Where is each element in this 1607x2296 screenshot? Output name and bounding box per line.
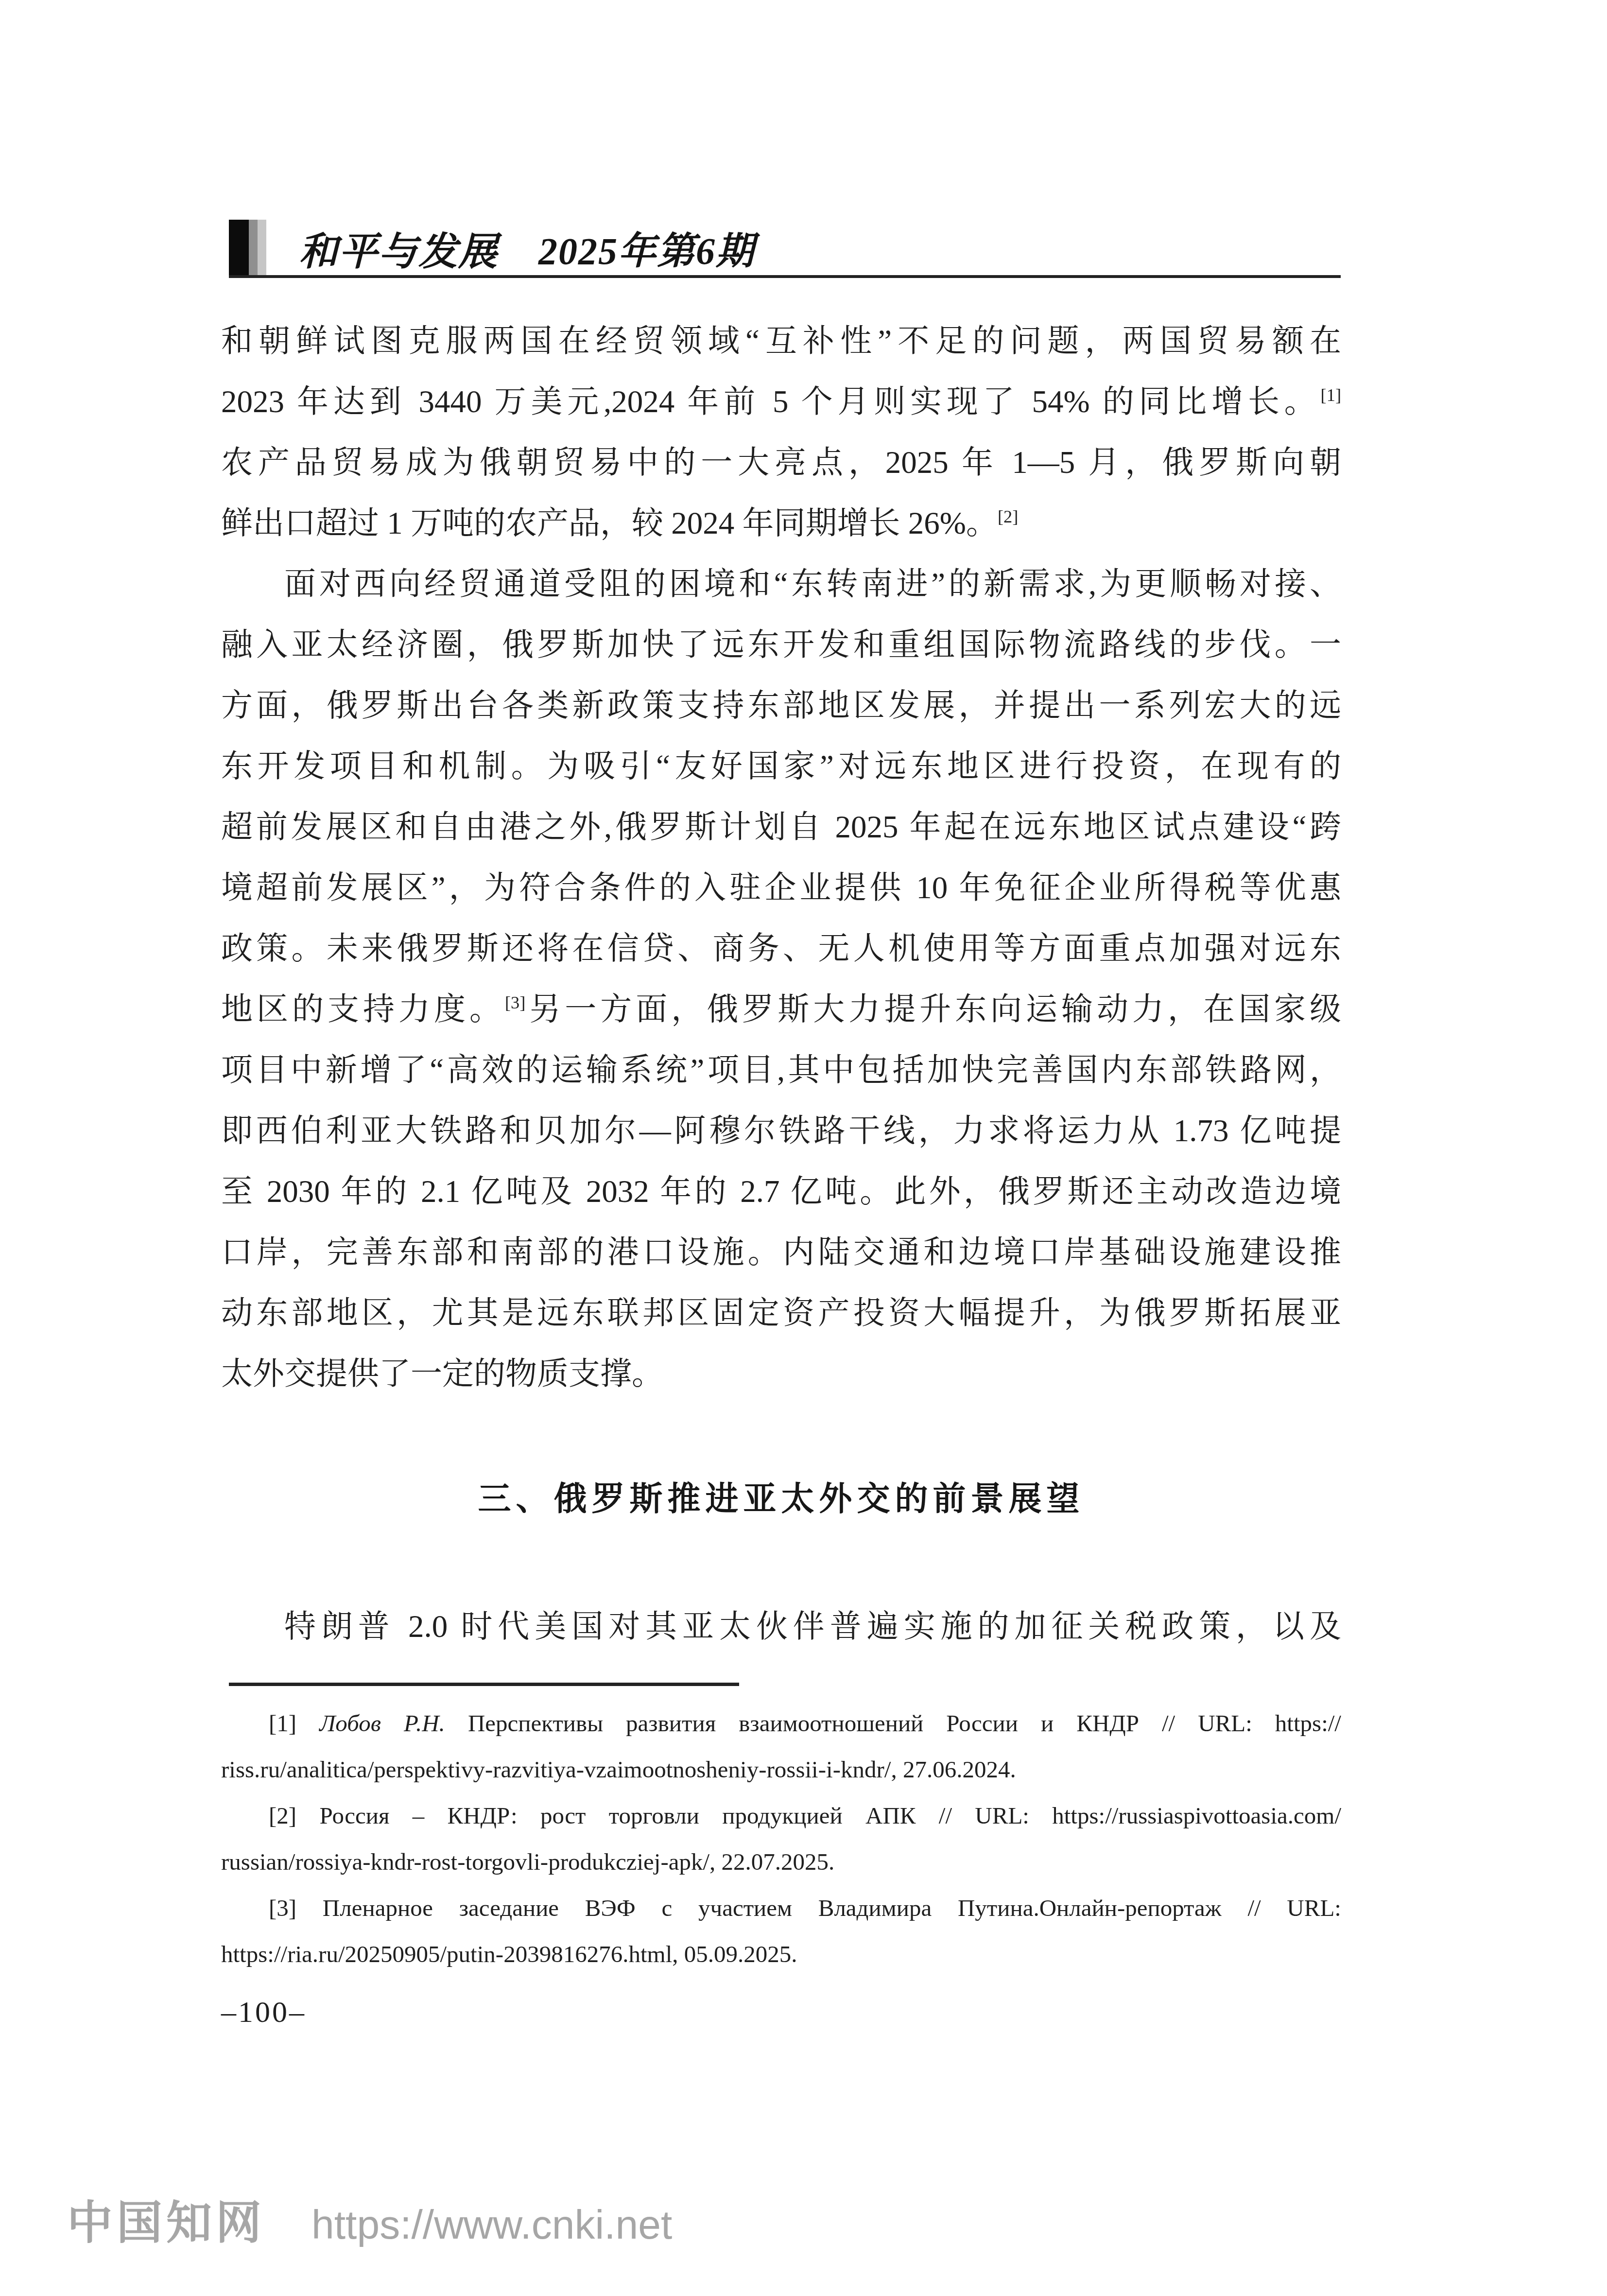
italic-text: Лобов Р.Н.	[319, 1710, 445, 1737]
text-run: 项目中新增了“高效的运输系统”项目,其中包括加快完善国内东部铁路网，	[221, 1053, 1341, 1088]
text-run: [1]	[269, 1710, 319, 1737]
text-run: 动东部地区，尤其是远东联邦区固定资产投资大幅提升，为俄罗斯拓展亚	[221, 1296, 1341, 1331]
text-run: https://ria.ru/20250905/putin-2039816276…	[221, 1941, 797, 1967]
text-line: 和朝鲜试图克服两国在经贸领域“互补性”不足的问题，两国贸易额在	[221, 311, 1341, 372]
brand-lightgray-bar	[258, 220, 266, 276]
text-run: 地区的支持力度。	[221, 992, 505, 1027]
text-run: 超前发展区和自由港之外,俄罗斯计划自 2025 年起在远东地区试点建设“跨	[221, 810, 1341, 845]
text-run: 面对西向经贸通道受阻的困境和“东转南进”的新需求,为更顺畅对接、	[284, 567, 1341, 602]
text-line: 即西伯利亚大铁路和贝加尔—阿穆尔铁路干线，力求将运力从 1.73 亿吨提	[221, 1101, 1341, 1162]
text-line: 动东部地区，尤其是远东联邦区固定资产投资大幅提升，为俄罗斯拓展亚	[221, 1283, 1341, 1344]
journal-issue: 2025年第6期	[538, 220, 755, 276]
text-run: russian/rossiya-kndr-rost-torgovli-produ…	[221, 1848, 834, 1875]
text-line: [2] Россия – КНДР: рост торговли продукц…	[221, 1792, 1341, 1839]
text-line: riss.ru/analitica/perspektivy-razvitiya-…	[221, 1746, 1341, 1792]
article-paragraph: 特朗普 2.0 时代美国对其亚太伙伴普遍实施的加征关税政策，以及	[221, 1597, 1341, 1657]
text-line: 口岸，完善东部和南部的港口设施。内陆交通和边境口岸基础设施建设推	[221, 1222, 1341, 1283]
footnote-ref: [2]	[998, 507, 1018, 526]
text-run: 东开发项目和机制。为吸引“友好国家”对远东地区进行投资，在现有的	[221, 749, 1341, 784]
text-line: 方面，俄罗斯出台各类新政策支持东部地区发展，并提出一系列宏大的远	[221, 676, 1341, 736]
brand-black-bar	[229, 220, 249, 276]
watermark: 中国知网 https://www.cnki.net	[67, 2186, 672, 2252]
text-line: 鲜出口超过 1 万吨的农产品，较 2024 年同期增长 26%。[2]	[221, 493, 1341, 554]
text-line: 面对西向经贸通道受阻的困境和“东转南进”的新需求,为更顺畅对接、	[221, 554, 1341, 615]
text-run: 鲜出口超过 1 万吨的农产品，较 2024 年同期增长 26%。	[221, 506, 998, 541]
text-run: [3] Пленарное заседание ВЭФ с участием В…	[269, 1895, 1341, 1921]
text-run: 和朝鲜试图克服两国在经贸领域“互补性”不足的问题，两国贸易额在	[221, 324, 1341, 359]
text-run: 太外交提供了一定的物质支撑。	[221, 1357, 663, 1392]
text-line: 超前发展区和自由港之外,俄罗斯计划自 2025 年起在远东地区试点建设“跨	[221, 797, 1341, 858]
journal-page: 和平与发展 2025年第6期 和朝鲜试图克服两国在经贸领域“互补性”不足的问题，…	[0, 0, 1607, 2296]
footnote-ref: [1]	[1321, 385, 1341, 405]
footnotes: [1] Лобов Р.Н. Перспективы развития взаи…	[221, 1700, 1341, 1977]
footnote-ref: [3]	[505, 993, 525, 1012]
text-run: 方面，俄罗斯出台各类新政策支持东部地区发展，并提出一系列宏大的远	[221, 688, 1341, 723]
text-line: 地区的支持力度。[3]另一方面，俄罗斯大力提升东向运输动力，在国家级	[221, 979, 1341, 1040]
text-line: https://ria.ru/20250905/putin-2039816276…	[221, 1931, 1341, 1977]
text-run: 农产品贸易成为俄朝贸易中的一大亮点，2025 年 1—5 月，俄罗斯向朝	[221, 445, 1341, 480]
page-number: –100–	[221, 1995, 306, 2030]
brand-darkgray-bar	[249, 220, 258, 276]
text-run: 政策。未来俄罗斯还将在信贷、商务、无人机使用等方面重点加强对远东	[221, 931, 1341, 966]
text-line: 政策。未来俄罗斯还将在信贷、商务、无人机使用等方面重点加强对远东	[221, 919, 1341, 979]
section-heading: 三、俄罗斯推进亚太外交的前景展望	[221, 1473, 1341, 1520]
text-run: 境超前发展区”，为符合条件的入驻企业提供 10 年免征企业所得税等优惠	[221, 870, 1341, 905]
text-line: 太外交提供了一定的物质支撑。	[221, 1344, 1341, 1405]
text-line: 融入亚太经济圈，俄罗斯加快了远东开发和重组国际物流路线的步伐。一	[221, 615, 1341, 676]
article-body: 和朝鲜试图克服两国在经贸领域“互补性”不足的问题，两国贸易额在2023 年达到 …	[221, 311, 1341, 1405]
text-line: 农产品贸易成为俄朝贸易中的一大亮点，2025 年 1—5 月，俄罗斯向朝	[221, 433, 1341, 493]
journal-title: 和平与发展	[299, 220, 498, 276]
text-run: 口岸，完善东部和南部的港口设施。内陆交通和边境口岸基础设施建设推	[221, 1235, 1341, 1270]
text-line: [3] Пленарное заседание ВЭФ с участием В…	[221, 1885, 1341, 1931]
watermark-url: https://www.cnki.net	[311, 2201, 672, 2248]
header-rule	[229, 275, 1341, 278]
footnote-separator	[229, 1683, 739, 1686]
text-line: 东开发项目和机制。为吸引“友好国家”对远东地区进行投资，在现有的	[221, 736, 1341, 797]
text-run: Перспективы развития взаимоотношений Рос…	[445, 1710, 1341, 1737]
text-line: 特朗普 2.0 时代美国对其亚太伙伴普遍实施的加征关税政策，以及	[221, 1597, 1341, 1657]
text-line: 项目中新增了“高效的运输系统”项目,其中包括加快完善国内东部铁路网，	[221, 1040, 1341, 1101]
watermark-site-name: 中国知网	[67, 2186, 265, 2252]
text-line: [1] Лобов Р.Н. Перспективы развития взаи…	[221, 1700, 1341, 1746]
text-run: 2023 年达到 3440 万美元,2024 年前 5 个月则实现了 54% 的…	[221, 384, 1321, 419]
text-run: 特朗普 2.0 时代美国对其亚太伙伴普遍实施的加征关税政策，以及	[284, 1609, 1341, 1644]
text-run: [2] Россия – КНДР: рост торговли продукц…	[269, 1802, 1341, 1829]
text-run: 至 2030 年的 2.1 亿吨及 2032 年的 2.7 亿吨。此外，俄罗斯还…	[221, 1174, 1341, 1209]
text-run: 另一方面，俄罗斯大力提升东向运输动力，在国家级	[525, 992, 1341, 1027]
text-line: russian/rossiya-kndr-rost-torgovli-produ…	[221, 1839, 1341, 1885]
text-line: 境超前发展区”，为符合条件的入驻企业提供 10 年免征企业所得税等优惠	[221, 858, 1341, 919]
text-line: 2023 年达到 3440 万美元,2024 年前 5 个月则实现了 54% 的…	[221, 372, 1341, 433]
text-line: 至 2030 年的 2.1 亿吨及 2032 年的 2.7 亿吨。此外，俄罗斯还…	[221, 1162, 1341, 1222]
text-run: riss.ru/analitica/perspektivy-razvitiya-…	[221, 1756, 1016, 1783]
text-run: 即西伯利亚大铁路和贝加尔—阿穆尔铁路干线，力求将运力从 1.73 亿吨提	[221, 1113, 1341, 1148]
text-run: 融入亚太经济圈，俄罗斯加快了远东开发和重组国际物流路线的步伐。一	[221, 627, 1341, 662]
